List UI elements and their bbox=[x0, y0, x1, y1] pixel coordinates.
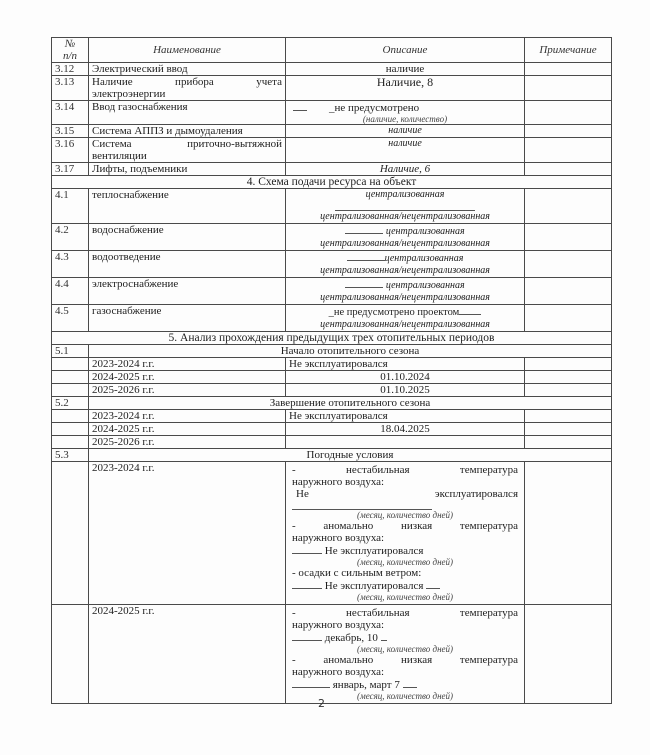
row-description: наличие bbox=[286, 63, 525, 76]
row-num: 3.13 bbox=[52, 76, 89, 101]
row-num: 4.1 bbox=[52, 189, 89, 224]
table-row: 2023-2024 г.г. Не эксплуатировался bbox=[52, 358, 612, 371]
section-4-header: 4. Схема подачи ресурса на объект bbox=[52, 176, 612, 189]
table-row: 4.1 теплоснабжение централизованная цент… bbox=[52, 189, 612, 224]
document-page: №п/п Наименование Описание Примечание 3.… bbox=[0, 0, 650, 755]
row-description: _не предусмотрено проектом централизован… bbox=[286, 305, 525, 332]
period: 2024-2025 г.г. bbox=[89, 423, 286, 436]
table-row: 2023-2024 г.г. - нестабильная температур… bbox=[52, 462, 612, 605]
row-note bbox=[525, 76, 612, 101]
period: 2024-2025 г.г. bbox=[89, 371, 286, 384]
page-number: 2 bbox=[318, 697, 325, 710]
row-note bbox=[525, 278, 612, 305]
table-row: 2025-2026 г.г. bbox=[52, 436, 612, 449]
period: 2023-2024 г.г. bbox=[89, 410, 286, 423]
row-description: наличие bbox=[286, 138, 525, 163]
row-name: водоснабжение bbox=[89, 224, 286, 251]
table-row: 2025-2026 г.г. 01.10.2025 bbox=[52, 384, 612, 397]
section-title: 5. Анализ прохождения предыдущих трех от… bbox=[52, 332, 612, 345]
period-value: Не эксплуатировался bbox=[286, 358, 525, 371]
row-note bbox=[525, 63, 612, 76]
row-note bbox=[525, 224, 612, 251]
row-description: наличие bbox=[286, 125, 525, 138]
row-description: Наличие, 6 bbox=[286, 163, 525, 176]
period-value bbox=[286, 436, 525, 449]
row-note bbox=[525, 251, 612, 278]
period: 2024-2025 г.г. bbox=[89, 605, 286, 704]
row-num: 3.16 bbox=[52, 138, 89, 163]
period-value: 18.04.2025 bbox=[286, 423, 525, 436]
table-row: 3.15 Система АППЗ и дымоудаления наличие bbox=[52, 125, 612, 138]
row-description: _не предусмотрено (наличие, количество) bbox=[286, 101, 525, 125]
row-note bbox=[525, 384, 612, 397]
row-note bbox=[525, 358, 612, 371]
table-row: 4.4 электроснабжение централизованная це… bbox=[52, 278, 612, 305]
row-num: 4.4 bbox=[52, 278, 89, 305]
row-name: электроснабжение bbox=[89, 278, 286, 305]
row-description: централизованная централизованная/нецент… bbox=[286, 189, 525, 224]
row-description: централизованная централизованная/нецент… bbox=[286, 251, 525, 278]
row-num: 3.14 bbox=[52, 101, 89, 125]
field-hint: централизованная/нецентрализованная bbox=[289, 292, 521, 304]
row-num: 4.2 bbox=[52, 224, 89, 251]
table-row: 4.5 газоснабжение _не предусмотрено прое… bbox=[52, 305, 612, 332]
subsection-title: Начало отопительного сезона bbox=[89, 345, 612, 358]
row-name: Наличие прибора учетаэлектроэнергии bbox=[89, 76, 286, 101]
row-note bbox=[525, 101, 612, 125]
row-num: 4.5 bbox=[52, 305, 89, 332]
period-value: Не эксплуатировался bbox=[286, 410, 525, 423]
period-value: 01.10.2024 bbox=[286, 371, 525, 384]
header-description: Описание bbox=[286, 38, 525, 63]
row-description: централизованная централизованная/нецент… bbox=[286, 278, 525, 305]
table-header: №п/п Наименование Описание Примечание bbox=[52, 38, 612, 63]
row-note bbox=[525, 605, 612, 704]
row-description: централизованная централизованная/нецент… bbox=[286, 224, 525, 251]
row-name: Система приточно-вытяжнойвентиляции bbox=[89, 138, 286, 163]
period: 2023-2024 г.г. bbox=[89, 462, 286, 605]
table-row: 3.12 Электрический ввод наличие bbox=[52, 63, 612, 76]
row-num: 3.15 bbox=[52, 125, 89, 138]
subsection-row: 5.3 Погодные условия bbox=[52, 449, 612, 462]
weather-description: - нестабильная температура наружного воз… bbox=[286, 462, 525, 605]
row-num: 3.12 bbox=[52, 63, 89, 76]
field-hint: (месяц, количество дней) bbox=[292, 557, 518, 567]
header-num: №п/п bbox=[52, 38, 89, 63]
row-num: 5.2 bbox=[52, 397, 89, 410]
field-hint: централизованная/нецентрализованная bbox=[289, 319, 521, 331]
row-note bbox=[525, 138, 612, 163]
header-name: Наименование bbox=[89, 38, 286, 63]
table-row: 2023-2024 г.г. Не эксплуатировался bbox=[52, 410, 612, 423]
field-hint: централизованная/нецентрализованная bbox=[289, 211, 521, 223]
subsection-row: 5.1 Начало отопительного сезона bbox=[52, 345, 612, 358]
section-5-header: 5. Анализ прохождения предыдущих трех от… bbox=[52, 332, 612, 345]
header-note: Примечание bbox=[525, 38, 612, 63]
row-num: 4.3 bbox=[52, 251, 89, 278]
field-hint: (месяц, количество дней) bbox=[292, 510, 518, 520]
row-note bbox=[525, 462, 612, 605]
field-hint: централизованная/нецентрализованная bbox=[289, 265, 521, 277]
field-hint: централизованная/нецентрализованная bbox=[289, 238, 521, 250]
row-num: 5.1 bbox=[52, 345, 89, 358]
field-hint: (месяц, количество дней) bbox=[292, 644, 518, 654]
row-num: 5.3 bbox=[52, 449, 89, 462]
row-num: 3.17 bbox=[52, 163, 89, 176]
period: 2023-2024 г.г. bbox=[89, 358, 286, 371]
field-hint: (месяц, количество дней) bbox=[292, 592, 518, 602]
field-hint: (месяц, количество дней) bbox=[292, 691, 518, 701]
row-note bbox=[525, 410, 612, 423]
table-row: 3.17 Лифты, подъемники Наличие, 6 bbox=[52, 163, 612, 176]
table-row: 2024-2025 г.г. 01.10.2024 bbox=[52, 371, 612, 384]
period: 2025-2026 г.г. bbox=[89, 436, 286, 449]
row-name: Система АППЗ и дымоудаления bbox=[89, 125, 286, 138]
row-name: водоотведение bbox=[89, 251, 286, 278]
row-note bbox=[525, 305, 612, 332]
table-row: 4.3 водоотведение централизованная центр… bbox=[52, 251, 612, 278]
row-name: Ввод газоснабжения bbox=[89, 101, 286, 125]
subsection-row: 5.2 Завершение отопительного сезона bbox=[52, 397, 612, 410]
table-row: 2024-2025 г.г. 18.04.2025 bbox=[52, 423, 612, 436]
row-note bbox=[525, 125, 612, 138]
weather-description: - нестабильная температура наружного воз… bbox=[286, 605, 525, 704]
row-description: Наличие, 8 bbox=[286, 76, 525, 101]
table-row: 4.2 водоснабжение централизованная центр… bbox=[52, 224, 612, 251]
table-row: 2024-2025 г.г. - нестабильная температур… bbox=[52, 605, 612, 704]
subsection-title: Завершение отопительного сезона bbox=[89, 397, 612, 410]
subsection-title: Погодные условия bbox=[89, 449, 612, 462]
row-note bbox=[525, 163, 612, 176]
period: 2025-2026 г.г. bbox=[89, 384, 286, 397]
row-note bbox=[525, 371, 612, 384]
row-name: газоснабжение bbox=[89, 305, 286, 332]
table-row: 3.13 Наличие прибора учетаэлектроэнергии… bbox=[52, 76, 612, 101]
row-note bbox=[525, 436, 612, 449]
row-name: теплоснабжение bbox=[89, 189, 286, 224]
row-name: Лифты, подъемники bbox=[89, 163, 286, 176]
table-row: 3.16 Система приточно-вытяжнойвентиляции… bbox=[52, 138, 612, 163]
row-note bbox=[525, 189, 612, 224]
table-row: 3.14 Ввод газоснабжения _не предусмотрен… bbox=[52, 101, 612, 125]
row-note bbox=[525, 423, 612, 436]
row-name: Электрический ввод bbox=[89, 63, 286, 76]
field-hint: (наличие, количество) bbox=[289, 114, 521, 124]
passport-table: №п/п Наименование Описание Примечание 3.… bbox=[51, 37, 612, 704]
section-title: 4. Схема подачи ресурса на объект bbox=[52, 176, 612, 189]
period-value: 01.10.2025 bbox=[286, 384, 525, 397]
